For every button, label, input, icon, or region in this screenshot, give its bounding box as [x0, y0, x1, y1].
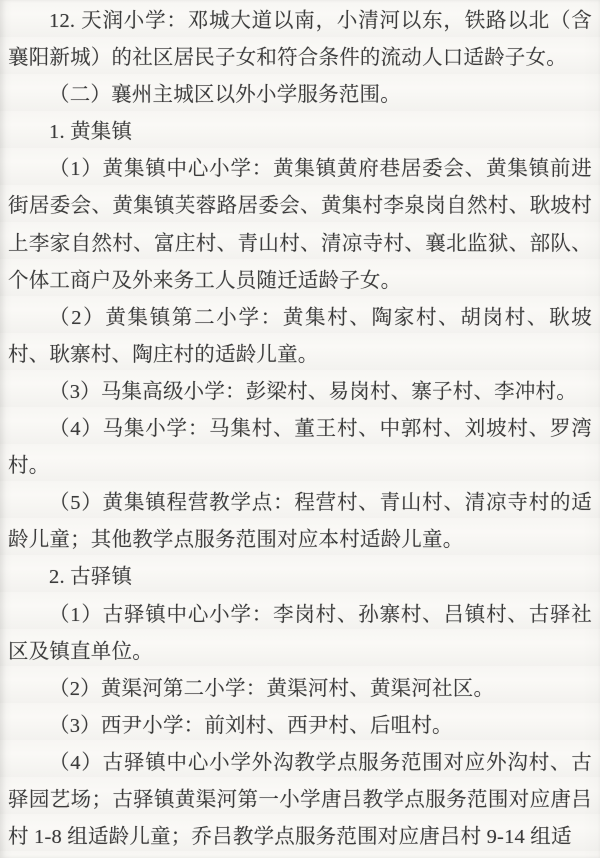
heading-guyi-town: 2. 古驿镇 [8, 559, 592, 596]
paragraph-guyi-central-primary: （1）古驿镇中心小学：李岗村、孙寨村、吕镇村、古驿社区及镇直单位。 [8, 597, 592, 671]
paragraph-maji-senior-primary: （3）马集高级小学：彭梁村、易岗村、寨子村、李冲村。 [8, 374, 592, 411]
paragraph-xiyin-primary: （3）西尹小学：前刘村、西尹村、后咀村。 [8, 708, 592, 745]
paragraph-huangji-central-primary: （1）黄集镇中心小学：黄集镇黄府巷居委会、黄集镇前进街居委会、黄集镇芙蓉路居委会… [8, 151, 592, 299]
document-page: 12. 天润小学：邓城大道以南，小清河以东，铁路以北（含襄阳新城）的社区居民子女… [0, 0, 600, 858]
paragraph-huangquhe-no2-primary: （2）黄渠河第二小学：黄渠河村、黄渠河社区。 [8, 671, 592, 708]
paragraph-guyi-teaching-points: （4）古驿镇中心小学外沟教学点服务范围对应外沟村、古驿园艺场；古驿镇黄渠河第一小… [8, 745, 592, 856]
paragraph-maji-primary: （4）马集小学：马集村、董王村、中郭村、刘坡村、罗湾村。 [8, 411, 592, 485]
heading-huangji-town: 1. 黄集镇 [8, 114, 592, 151]
paragraph-huangji-no2-primary: （2）黄集镇第二小学：黄集村、陶家村、胡岗村、耿坡村、耿寨村、陶庄村的适龄儿童。 [8, 300, 592, 374]
heading-section-two: （二）襄州主城区以外小学服务范围。 [8, 77, 592, 114]
paragraph-chengying-teaching-point: （5）黄集镇程营教学点：程营村、青山村、清凉寺村的适龄儿童；其他教学点服务范围对… [8, 485, 592, 559]
paragraph-tianrun-primary: 12. 天润小学：邓城大道以南，小清河以东，铁路以北（含襄阳新城）的社区居民子女… [8, 3, 592, 77]
